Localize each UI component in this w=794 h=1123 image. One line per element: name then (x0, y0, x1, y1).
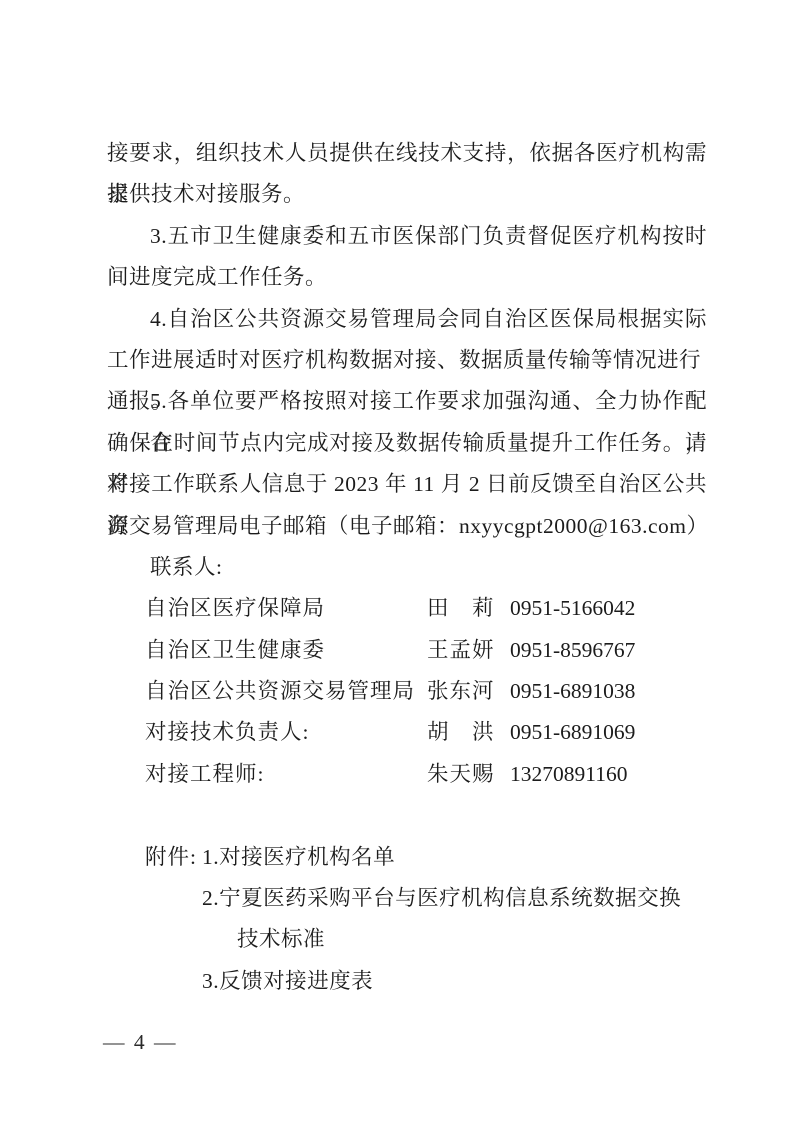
attachment-item-continuation: 技术标准 (237, 919, 325, 960)
contact-phone: 0951-6891038 (510, 671, 635, 712)
attachments-row: 2.宁夏医药采购平台与医疗机构信息系统数据交换 (107, 878, 707, 919)
contact-phone: 0951-8596767 (510, 630, 635, 671)
contact-org: 对接技术负责人: (145, 712, 309, 753)
contact-row: 自治区卫生健康委 王孟妍 0951-8596767 (107, 630, 707, 671)
attachment-item: 2.宁夏医药采购平台与医疗机构信息系统数据交换 (202, 878, 681, 919)
body-line: 5.各单位要严格按照对接工作要求加强沟通、全力协作配合， (107, 381, 707, 422)
contact-name: 胡 洪 (427, 712, 495, 753)
contact-org: 自治区公共资源交易管理局 (145, 671, 415, 712)
contact-row: 对接工程师: 朱天赐 13270891160 (107, 754, 707, 795)
body-line: 间进度完成工作任务。 (107, 257, 707, 298)
body-line: 4.自治区公共资源交易管理局会同自治区医保局根据实际 (107, 299, 707, 340)
body-line: 确保在时间节点内完成对接及数据传输质量提升工作任务。请将 (107, 423, 707, 464)
attachment-item: 1.对接医疗机构名单 (202, 837, 395, 878)
contact-phone: 0951-5166042 (510, 588, 635, 629)
document-page: 接要求，组织技术人员提供在线技术支持，依据各医疗机构需求 提供技术对接服务。 3… (0, 0, 794, 1123)
page-number: — 4 — (103, 1022, 178, 1063)
attachments-row: 3.反馈对接进度表 (107, 961, 707, 1002)
attachments-row: 附件: 1.对接医疗机构名单 (107, 837, 707, 878)
body-line: 对接工作联系人信息于 2023 年 11 月 2 日前反馈至自治区公共资 (107, 464, 707, 505)
body-line: 工作进展适时对医疗机构数据对接、数据质量传输等情况进行通报。 (107, 340, 707, 381)
contact-row: 自治区公共资源交易管理局 张东河 0951-6891038 (107, 671, 707, 712)
contact-org: 自治区医疗保障局 (145, 588, 325, 629)
body-line: 源交易管理局电子邮箱（电子邮箱：nxyycgpt2000@163.com） (107, 506, 707, 547)
contact-name: 王孟妍 (427, 630, 495, 671)
contact-org: 自治区卫生健康委 (145, 630, 325, 671)
body-line: 提供技术对接服务。 (107, 174, 707, 215)
contact-name: 朱天赐 (427, 754, 495, 795)
contact-name: 田 莉 (427, 588, 495, 629)
attachment-item: 3.反馈对接进度表 (202, 961, 373, 1002)
attachments-label: 附件: (145, 837, 197, 878)
contact-phone: 13270891160 (510, 754, 627, 795)
contacts-heading: 联系人: (107, 547, 707, 588)
contact-row: 自治区医疗保障局 田 莉 0951-5166042 (107, 588, 707, 629)
contact-org: 对接工程师: (145, 754, 264, 795)
spacer (107, 795, 707, 836)
attachments-row: 技术标准 (107, 919, 707, 960)
body-line: 接要求，组织技术人员提供在线技术支持，依据各医疗机构需求 (107, 133, 707, 174)
contact-row: 对接技术负责人: 胡 洪 0951-6891069 (107, 712, 707, 753)
body-line: 3.五市卫生健康委和五市医保部门负责督促医疗机构按时 (107, 216, 707, 257)
document-body: 接要求，组织技术人员提供在线技术支持，依据各医疗机构需求 提供技术对接服务。 3… (107, 133, 707, 1002)
contact-phone: 0951-6891069 (510, 712, 635, 753)
contact-name: 张东河 (427, 671, 495, 712)
